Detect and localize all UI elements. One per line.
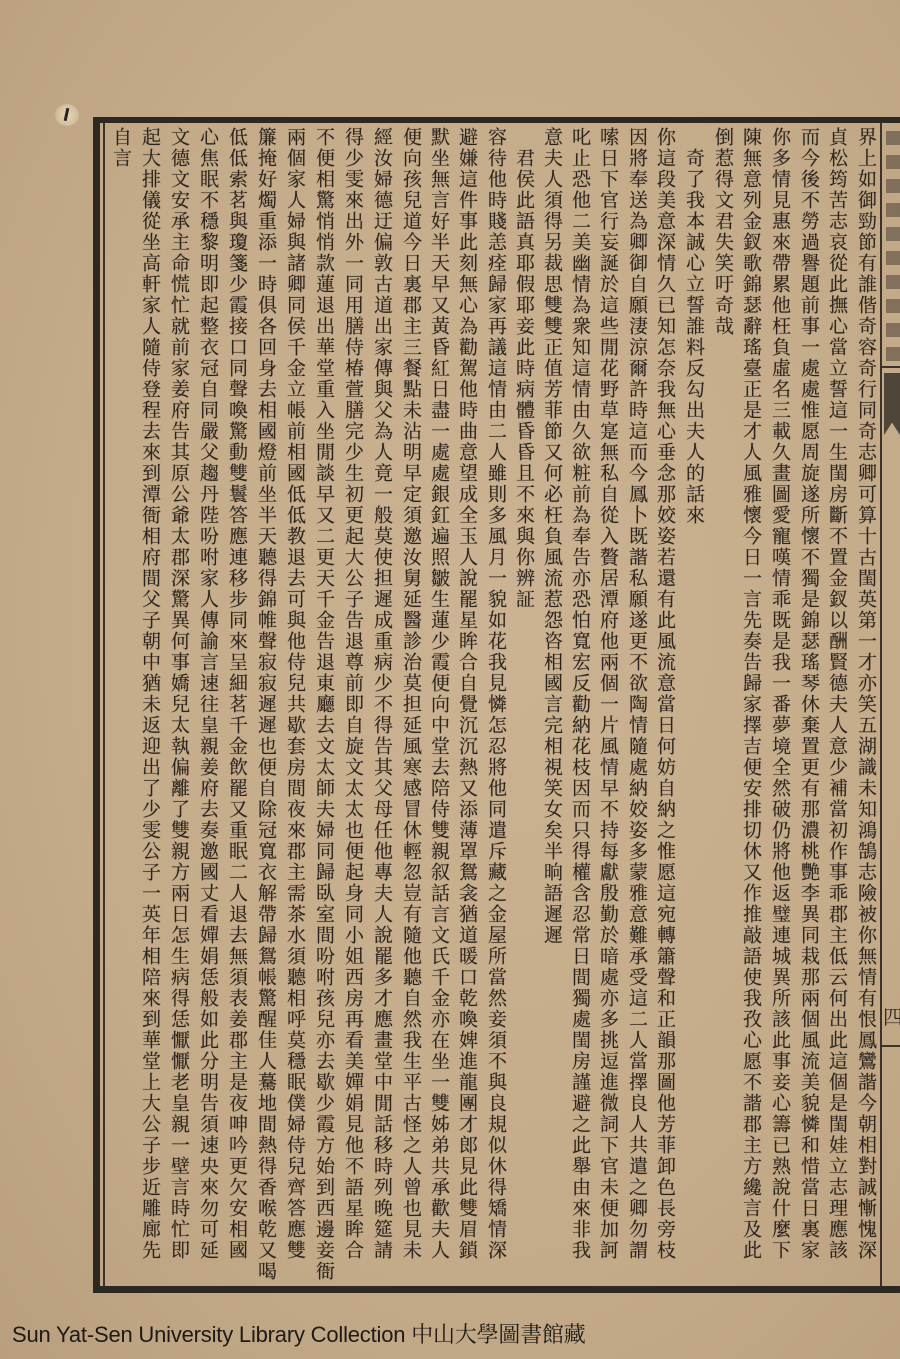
frame-border-left-inner	[103, 123, 105, 1286]
text-column: 避嫌這件事此刻無心為勸駕他時曲意望成全玉人說罷星眸合自覺沉沉熱又添薄罩鴛衾猶道暖…	[456, 127, 478, 1287]
text-column: 倒惹得文君失笑吁奇哉	[712, 127, 734, 1287]
text-column: 君侯此語真耶假耶妾此時病體昏昏且不來與你辨証	[513, 148, 535, 1308]
text-column: 低低索茗與瓊箋少霞接口同聲喚驚動雙鬟答應連移步同來呈細茗千金飲罷又重眠二人退去無…	[226, 127, 248, 1287]
text-column: 貞松筠苦志哀從此撫心當立誓這一生閨房斷不置金釵以酬賢德夫人意少補當初作事乖郡主低…	[826, 127, 848, 1287]
text-column: 意夫人須得另裁思雙雙正值芳菲節又何必枉負風流惹怨咨相國言完相視笑女矣半晌語遲遲	[541, 127, 563, 1287]
text-column: 起大排儀從坐高軒家人隨侍登程去來到潭衙相府間父子朝中猶未返迎出了少雯公子一英年相…	[139, 127, 161, 1287]
text-column: 你多情見惠來帶累他枉負虛名三載久畫圖愛寵嘆情乖既是我一番夢境全然破仍將他返璧連城…	[769, 127, 791, 1287]
collection-watermark: Sun Yat-Sen University Library Collectio…	[12, 1318, 586, 1349]
text-column: 奇了我本誠心立誓誰料反勾出夫人的話來	[683, 148, 705, 1308]
fold-divider	[882, 366, 900, 368]
text-column: 嗦日下官行妄誕於這些閒花野草寔無私自從入贅居潭府他兩個一片風情早不持每獻殷勤於暗…	[597, 127, 619, 1287]
text-column: 陳無意列金釵歌錦瑟辭瑤臺正是才人風雅懷今日一言先奏告歸家擇吉便安排切休又作推敲語…	[740, 127, 762, 1287]
text-column: 心焦眠不穩黎明即起整衣冠自同嚴父趨丹陛吩咐家人傳諭言速往皇親姜府去奏邀國丈看嬋娟…	[197, 127, 219, 1287]
binding-hole-mark	[55, 104, 79, 126]
text-column: 叱止恐他二美幽情為衆知這情由久欲粧前為奉告亦恐怕寬宏反勸納花枝因而只得權含忍常日…	[569, 127, 591, 1287]
text-column: 默坐無言好半天早又黃昏紅日盡一處處銀釭遍照皺生蓮少霞便向中堂去陪侍雙親叙話言文氏…	[428, 127, 450, 1287]
fish-tail-mark-icon	[884, 373, 900, 435]
text-column: 界上如御勁節有誰偕奇容奇行同奇志卿可算十古閨英第一才亦笑五湖識未知鴻鵠志險被你無…	[855, 127, 877, 1287]
text-column: 因將奉送為卿御自願淒涼爾許時這而今鳳卜既諧私願遂更不欲陶情隨處納姣姿多蒙雅意難承…	[626, 127, 648, 1287]
folio-number: 四	[883, 1007, 900, 1027]
text-column: 不便相驚悄悄款蓮退出華堂重入坐閒談早又二更天千金告退東廳去文太師夫婦同歸臥室間吩…	[313, 127, 335, 1287]
fold-title-fragment	[886, 131, 900, 366]
fold-divider	[882, 1045, 900, 1047]
frame-border-left	[93, 117, 100, 1293]
text-column: 得少雯來出外一同用膳侍椿萱膳完少生初更起大公子告退尊前即自旋文太太也便起身同小姐…	[342, 127, 364, 1287]
text-column: 便向孩兒道今日裏郡主三餐點未沾明早定須邀汝舅延醫診治莫担延風寒感冒休輕忽豈有隨他…	[400, 127, 422, 1287]
text-column: 簾掩好燭重添一時俱各回身去相國燈前坐半天聽得錦帷聲寂寂遲遲也便自除冠寬衣解帶歸鴛…	[255, 127, 277, 1287]
text-column: 經汝婦德迂偏敦古道出家傳與父為人竟一般莫使担遲成重病少不得告其父母任他專夫人說罷…	[371, 127, 393, 1287]
frame-border-bottom	[93, 1286, 900, 1293]
block-heart-fold-column: 四	[882, 123, 900, 1286]
text-column: 你這段美意深情久已知怎奈我無心垂念那姣姿若還有此風流意當日何妨自納之惟愿這宛轉簫…	[654, 127, 676, 1287]
text-column: 兩個家人婦與諸卿同侯千金立帳前相國低低教退去可與他侍兒共歇套房間夜來郡主需茶水須…	[284, 127, 306, 1287]
text-column: 容待他時賤恙痊歸家再議這情由二人雖則多風月一貌如花我見憐怎忍將他同遣斥藏之金屋所…	[485, 127, 507, 1287]
text-column: 而今後不勞過譽題前事一處處惟愿周旋遂所懷不獨是錦瑟瑤琴休棄置更有那濃桃艷李異同栽…	[798, 127, 820, 1287]
frame-border-top	[93, 117, 900, 123]
text-column: 自言	[110, 127, 132, 1287]
text-column: 文德文安承主命慌忙就前家姜府告其原公爺太郡深驚異何事嬌兒太執偏離了雙親方兩日怎生…	[168, 127, 190, 1287]
